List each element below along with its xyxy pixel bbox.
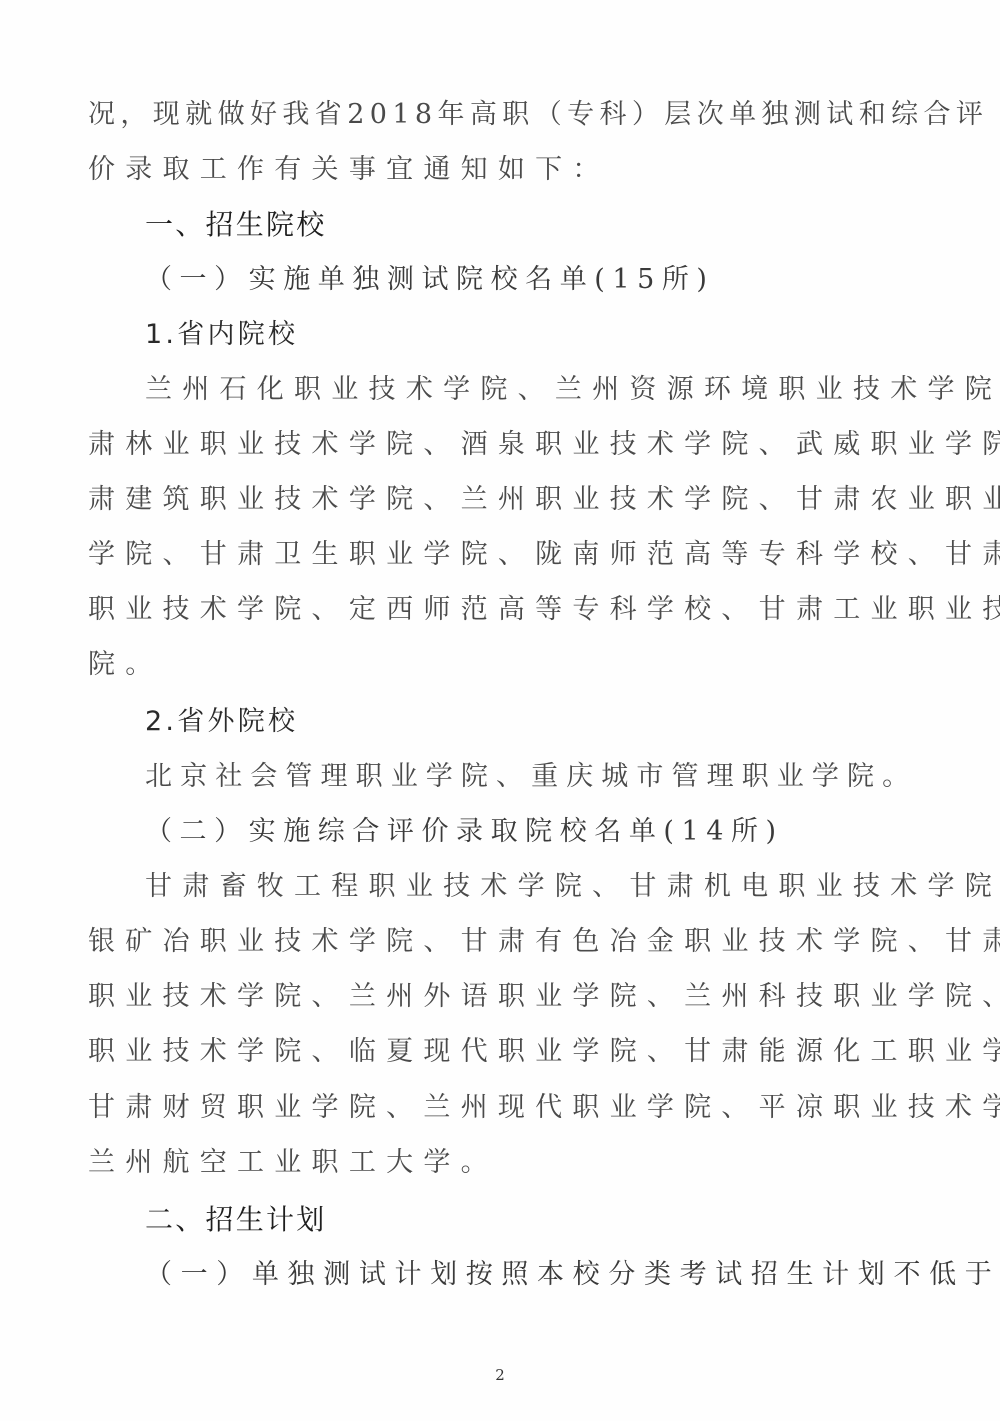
intro-paragraph-line: 况，现就做好我省2018年高职（专科）层次单独测试和综合评: [88, 90, 918, 140]
school-list-line: 甘肃财贸职业学院、兰州现代职业学院、平凉职业技术学院、: [88, 1083, 918, 1133]
plan-paragraph-line: （一）单独测试计划按照本校分类考试招生计划不低于当: [145, 1250, 975, 1300]
document-page: 况，现就做好我省2018年高职（专科）层次单独测试和综合评 价录取工作有关事宜通…: [0, 0, 1000, 1421]
subheading-in-province: 1.省内院校: [145, 310, 975, 360]
school-list-line: 银矿冶职业技术学院、甘肃有色冶金职业技术学院、甘肃钢铁: [88, 917, 918, 967]
school-list-line: 甘肃畜牧工程职业技术学院、甘肃机电职业技术学院、白: [145, 862, 975, 912]
school-list-line: 职业技术学院、临夏现代职业学院、甘肃能源化工职业学院、: [88, 1027, 918, 1077]
school-list-line: 兰州航空工业职工大学。: [88, 1138, 918, 1188]
subsection-heading-single-test: （一）实施单独测试院校名单(15所): [145, 255, 975, 305]
intro-paragraph-line: 价录取工作有关事宜通知如下：: [88, 145, 918, 195]
school-list-line: 肃林业职业技术学院、酒泉职业技术学院、武威职业学院、甘: [88, 420, 918, 470]
section-heading-enrollment-plan: 二、招生计划: [145, 1195, 975, 1245]
school-list-line: 职业技术学院、定西师范高等专科学校、甘肃工业职业技术学: [88, 585, 918, 635]
school-list-line: 学院、甘肃卫生职业学院、陇南师范高等专科学校、甘肃交通: [88, 530, 918, 580]
page-number: 2: [0, 1366, 1000, 1384]
school-list-line: 院。: [88, 640, 918, 690]
subsection-heading-comprehensive: （二）实施综合评价录取院校名单(14所): [145, 807, 975, 857]
school-list-line: 肃建筑职业技术学院、兰州职业技术学院、甘肃农业职业技术: [88, 475, 918, 525]
school-list-line: 职业技术学院、兰州外语职业学院、兰州科技职业学院、庆阳: [88, 972, 918, 1022]
school-list-line: 兰州石化职业技术学院、兰州资源环境职业技术学院、甘: [145, 365, 975, 415]
section-heading-enrollment-schools: 一、招生院校: [145, 200, 975, 250]
school-list-line: 北京社会管理职业学院、重庆城市管理职业学院。: [145, 752, 975, 802]
subheading-out-province: 2.省外院校: [145, 697, 975, 747]
